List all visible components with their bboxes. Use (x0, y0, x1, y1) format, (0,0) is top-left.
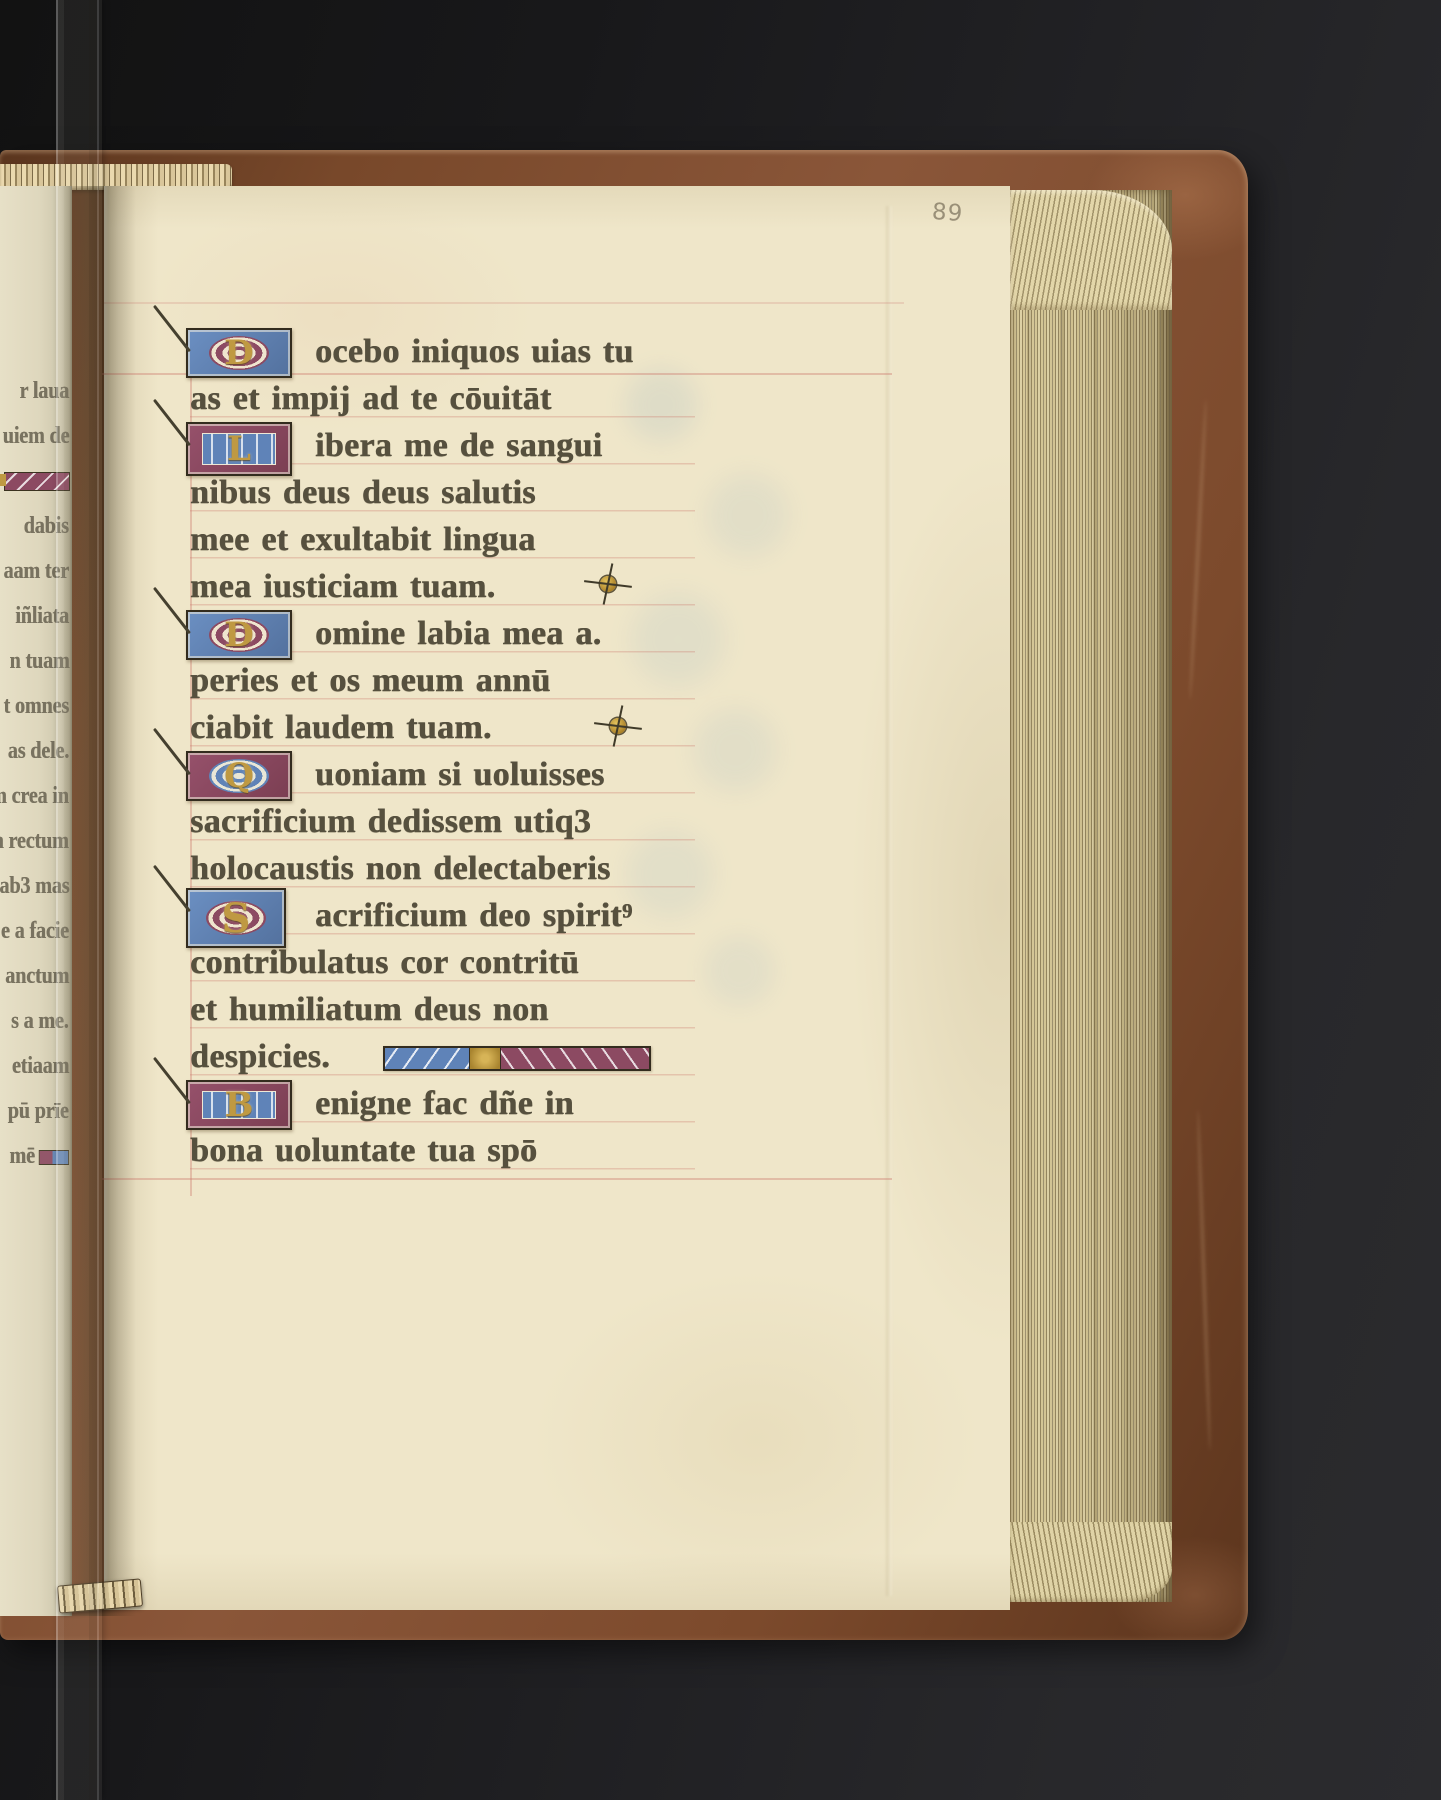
illuminated-initial-s: S (186, 888, 286, 948)
text-line: enigne fac dñe in (190, 1082, 875, 1129)
text-line: et humiliatum deus non (190, 988, 750, 1035)
illuminated-initial-d: D (186, 328, 292, 378)
illuminated-initial-l: L (186, 422, 292, 476)
text-block: ocebo iniquos uias tu as et impij ad te … (190, 330, 750, 1200)
line-filler-blue-segment (385, 1048, 470, 1069)
text-line: omine labia mea a. (190, 612, 875, 659)
initial-letter: S (222, 895, 251, 942)
book: r laua uiem de dabis aam ter iñliata n t… (0, 150, 1248, 1640)
text-line: holocaustis non delectaberis (190, 847, 750, 894)
initial-letter: L (227, 429, 251, 469)
text-line: bona uoluntate tua spō (190, 1129, 750, 1176)
illuminated-initial-q: Q (186, 751, 292, 801)
text-line: ciabit laudem tuam. (190, 706, 750, 753)
folio-number: 89 (931, 199, 964, 227)
gold-star-line-filler (610, 718, 626, 734)
acrylic-strip (56, 0, 102, 1800)
recto-page: 89 ocebo iniquos uias tu as et impij ad … (104, 186, 1010, 1610)
fore-edge-bottom-corner (1010, 1522, 1172, 1602)
text-line: sacrificium dedissem utiq3 (190, 800, 750, 847)
text-line: ocebo iniquos uias tu (190, 330, 875, 377)
text-line: peries et os meum annū (190, 659, 750, 706)
text-line: nibus deus deus salutis (190, 471, 750, 518)
text-line: contribulatus cor contritū (190, 941, 750, 988)
initial-letter: D (224, 615, 253, 655)
text-line: mee et exultabit lingua (190, 518, 750, 565)
page-crease (886, 206, 892, 1596)
initial-letter: Q (224, 756, 254, 796)
fore-edge-top-corner (1010, 190, 1172, 310)
illuminated-initial-b: B (186, 1080, 292, 1130)
photo-backdrop: r laua uiem de dabis aam ter iñliata n t… (0, 0, 1441, 1800)
gold-star-line-filler (600, 576, 616, 592)
line-filler-maroon-segment (501, 1048, 649, 1069)
verso-text-fragment-label: mē (9, 1143, 34, 1169)
line-filler-bar (383, 1046, 651, 1071)
text-line: ibera me de sangui (190, 424, 875, 471)
text-line: as et impij ad te cōuitāt (190, 377, 750, 424)
initial-letter: B (225, 1085, 254, 1125)
text-line: mea iusticiam tuam. (190, 565, 750, 612)
text-line: uoniam si uoluisses (190, 753, 875, 800)
fore-edge-pages (1010, 190, 1172, 1602)
illuminated-initial-d: D (186, 610, 292, 660)
text-line: acrificium deo spirit⁹ (190, 894, 875, 941)
initial-letter: D (224, 333, 253, 373)
ruling-line-top-margin (104, 302, 904, 304)
line-filler-gold-dot (470, 1048, 501, 1069)
